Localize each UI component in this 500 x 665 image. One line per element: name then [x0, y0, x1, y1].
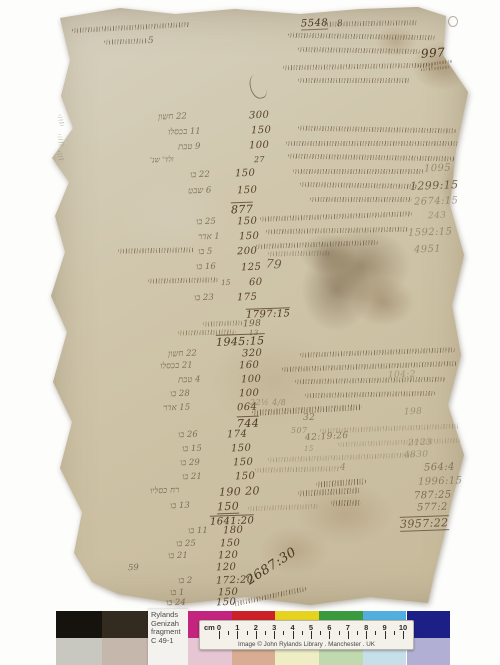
ledger-value: 150 [239, 232, 260, 243]
ledger-label: 16 בו [196, 263, 216, 272]
ledger-label: 15 [221, 279, 231, 287]
handwriting-line [268, 452, 415, 462]
handwriting-line [300, 182, 417, 189]
ruler-tick [339, 631, 340, 635]
ledger-label: 22 חשון [168, 349, 197, 359]
handwriting-line [178, 329, 236, 335]
ledger-value: 190 20 [219, 485, 260, 497]
ledger-label: 26 בו [178, 431, 198, 440]
handwriting-line [316, 478, 366, 487]
ruler-tick [385, 631, 386, 639]
handwriting-line [293, 169, 425, 174]
ledger-value: 150 [237, 217, 258, 228]
ledger-label: 29 בו [180, 459, 200, 468]
ledger-label: 11 בו [188, 527, 208, 536]
ledger-label: 23 בו [194, 294, 214, 303]
margin-number: 1996:15 [418, 476, 463, 488]
ledger-label: 59 [128, 564, 139, 573]
margin-number: 3957:22 [400, 515, 449, 532]
ledger-label: ולד' שנ' [150, 156, 174, 164]
ledger-total: 877 [231, 202, 254, 216]
ruler-tick [394, 631, 395, 635]
ledger-label: 4 טבת [178, 376, 201, 385]
ledger-value: 60 [249, 278, 263, 288]
ruler-tick [366, 631, 367, 639]
handwriting-line [232, 586, 306, 606]
handwriting-line [255, 466, 340, 472]
handwriting-line [300, 347, 455, 357]
genizah-photo: 5548 997 5 8 1945:15 198 13 2687:30 3001… [0, 0, 500, 665]
ledger-value: 200 [237, 247, 258, 258]
handwriting-line [298, 126, 456, 134]
ruler-tick [329, 631, 330, 639]
handwriting-line [295, 377, 445, 385]
margin-number: 2674:15 [414, 196, 459, 208]
ledger-label: 22 חשון [158, 112, 187, 122]
handwriting-line [298, 487, 360, 496]
ledger-value: 320 [242, 349, 263, 360]
ruler-tick [283, 631, 284, 635]
ledger-value: 180 [223, 526, 244, 537]
ledger-label: 1 אדר [198, 233, 220, 242]
small-digit-5: 5 [148, 37, 154, 46]
margin-number: 1299:15 [410, 179, 459, 192]
margin-number: 243 [428, 212, 447, 222]
ledger-value: 175 [237, 293, 258, 304]
ledger-value: 160 [239, 361, 260, 372]
ruler-tick [247, 631, 248, 635]
handwriting-line [148, 277, 218, 283]
note-number: 15 [304, 446, 314, 453]
ledger-value: 150 [233, 458, 254, 469]
handwriting-line [282, 361, 457, 372]
handwriting-line [310, 197, 412, 202]
ruler-tick [348, 631, 349, 639]
ruler-tick [375, 631, 376, 635]
ruler-tick [237, 631, 238, 639]
ledger-label: 15 בו [182, 445, 202, 454]
ruler-unit-label: cm [204, 623, 215, 632]
ruler-tick [219, 631, 220, 639]
margin-number: 1592:15 [408, 227, 453, 239]
ledger-total: 1797:15 [246, 307, 291, 321]
note-number: 4 [340, 464, 346, 473]
ledger-value: 100 [241, 375, 262, 386]
ledger-value: 120 [218, 551, 239, 562]
handwriting-layer: 5548 997 5 8 1945:15 198 13 2687:30 3001… [0, 0, 500, 665]
ruler: cm Image © John Rylands Library . Manche… [199, 620, 414, 650]
handwriting-line [298, 78, 410, 83]
label-line: C 49-1 [151, 637, 188, 646]
ruler-tick [274, 631, 275, 639]
handwriting-line [286, 141, 458, 146]
gray-patch [56, 611, 102, 638]
ruler-tick [293, 631, 294, 639]
handwriting-line [260, 211, 412, 221]
handwriting-line [288, 33, 436, 41]
note-number: 79 [266, 257, 283, 270]
ruler-tick [302, 631, 303, 635]
handwriting-line [268, 250, 330, 256]
ledger-label: 9 טבת [178, 143, 201, 152]
ledger-value: 300 [249, 111, 270, 122]
ruler-tick [320, 631, 321, 635]
ink-flourish [248, 73, 269, 101]
ledger-label: 6 שבט [188, 187, 212, 196]
block2-extra-13: 13 [249, 330, 259, 337]
ledger-label: 21 בכסלו [160, 361, 193, 371]
ruler-tick [357, 631, 358, 635]
ledger-label: רח כסליו [150, 486, 180, 496]
ruler-tick [256, 631, 257, 639]
note-number: 22½ 4/8 [250, 399, 286, 407]
ledger-total: 744 [237, 416, 260, 430]
margin-number: 564:4 [424, 462, 455, 473]
ledger-label: 5 בו [198, 248, 213, 257]
ledger-value: 150 [231, 444, 252, 455]
margin-number: 198 [404, 408, 423, 418]
ruler-tick [403, 631, 404, 639]
handwriting-line [118, 247, 194, 253]
ledger-label: 25 בו [196, 218, 216, 227]
handwriting-line [256, 240, 378, 249]
ledger-value: 150 [220, 539, 241, 550]
ledger-label: 15 אדר [163, 404, 190, 413]
handwriting-line [266, 227, 408, 234]
margin-number: 4951 [414, 245, 441, 256]
ledger-value: 125 [241, 263, 262, 274]
ruler-tick [311, 631, 312, 639]
ledger-label: 25 בו [176, 540, 196, 549]
ledger-value: 27 [254, 156, 265, 164]
handwriting-line [56, 150, 64, 162]
ledger-value: 172:20 [216, 575, 254, 586]
ledger-value: 120 [216, 563, 237, 574]
ledger-value: 174 [227, 430, 248, 441]
handwriting-line [338, 438, 460, 447]
ledger-value: 100 [249, 141, 270, 152]
gray-patch [56, 638, 102, 665]
margin-number: 577:2 [417, 502, 448, 513]
ledger-label: 11 בכסלו [168, 127, 201, 137]
ink-ring-mark [448, 16, 458, 27]
ledger-value: 150 [235, 472, 256, 483]
ledger-label: 21 בו [182, 473, 202, 482]
gray-patch [102, 638, 148, 665]
handwriting-line [283, 63, 433, 71]
ledger-label: 1 בו [170, 589, 185, 598]
handwriting-line [104, 38, 148, 45]
handwriting-line [203, 320, 243, 326]
handwriting-line [72, 22, 190, 33]
handwriting-line [288, 154, 455, 162]
top-note-number: 997 [421, 46, 446, 60]
ledger-label: 21 בו [168, 552, 188, 561]
handwriting-line [57, 114, 65, 127]
ledger-label: 24 בו [166, 599, 186, 608]
handwriting-line [57, 134, 64, 148]
ledger-value: 150 [251, 126, 272, 137]
margin-number: 1095 [424, 164, 451, 175]
ledger-total: 1641:20 [210, 514, 255, 528]
handwriting-line [320, 424, 460, 434]
label-card: Rylands Genizah fragment C 49-1 [148, 609, 188, 665]
ledger-value: 150 [217, 501, 240, 515]
handwriting-line [298, 47, 420, 54]
ledger-label: 22 בו [190, 171, 210, 180]
ruler-tick [265, 631, 266, 635]
handwriting-line [305, 391, 435, 398]
note-number: 32 [303, 414, 315, 423]
credit-line: Image © John Rylands Library . Mancheste… [200, 641, 413, 648]
handwriting-line [248, 504, 318, 511]
handwriting-line [322, 20, 418, 27]
ruler-tick [228, 631, 229, 635]
ledger-label: 28 בו [170, 390, 190, 399]
gray-patch [102, 611, 148, 638]
margin-number: 787:25 [414, 490, 452, 501]
ledger-label: 13 בו [170, 502, 190, 511]
ledger-label: 2 בו [178, 577, 193, 586]
handwriting-line [331, 500, 361, 507]
ledger-value: 150 [235, 169, 256, 180]
ledger-value: 150 [237, 186, 258, 197]
